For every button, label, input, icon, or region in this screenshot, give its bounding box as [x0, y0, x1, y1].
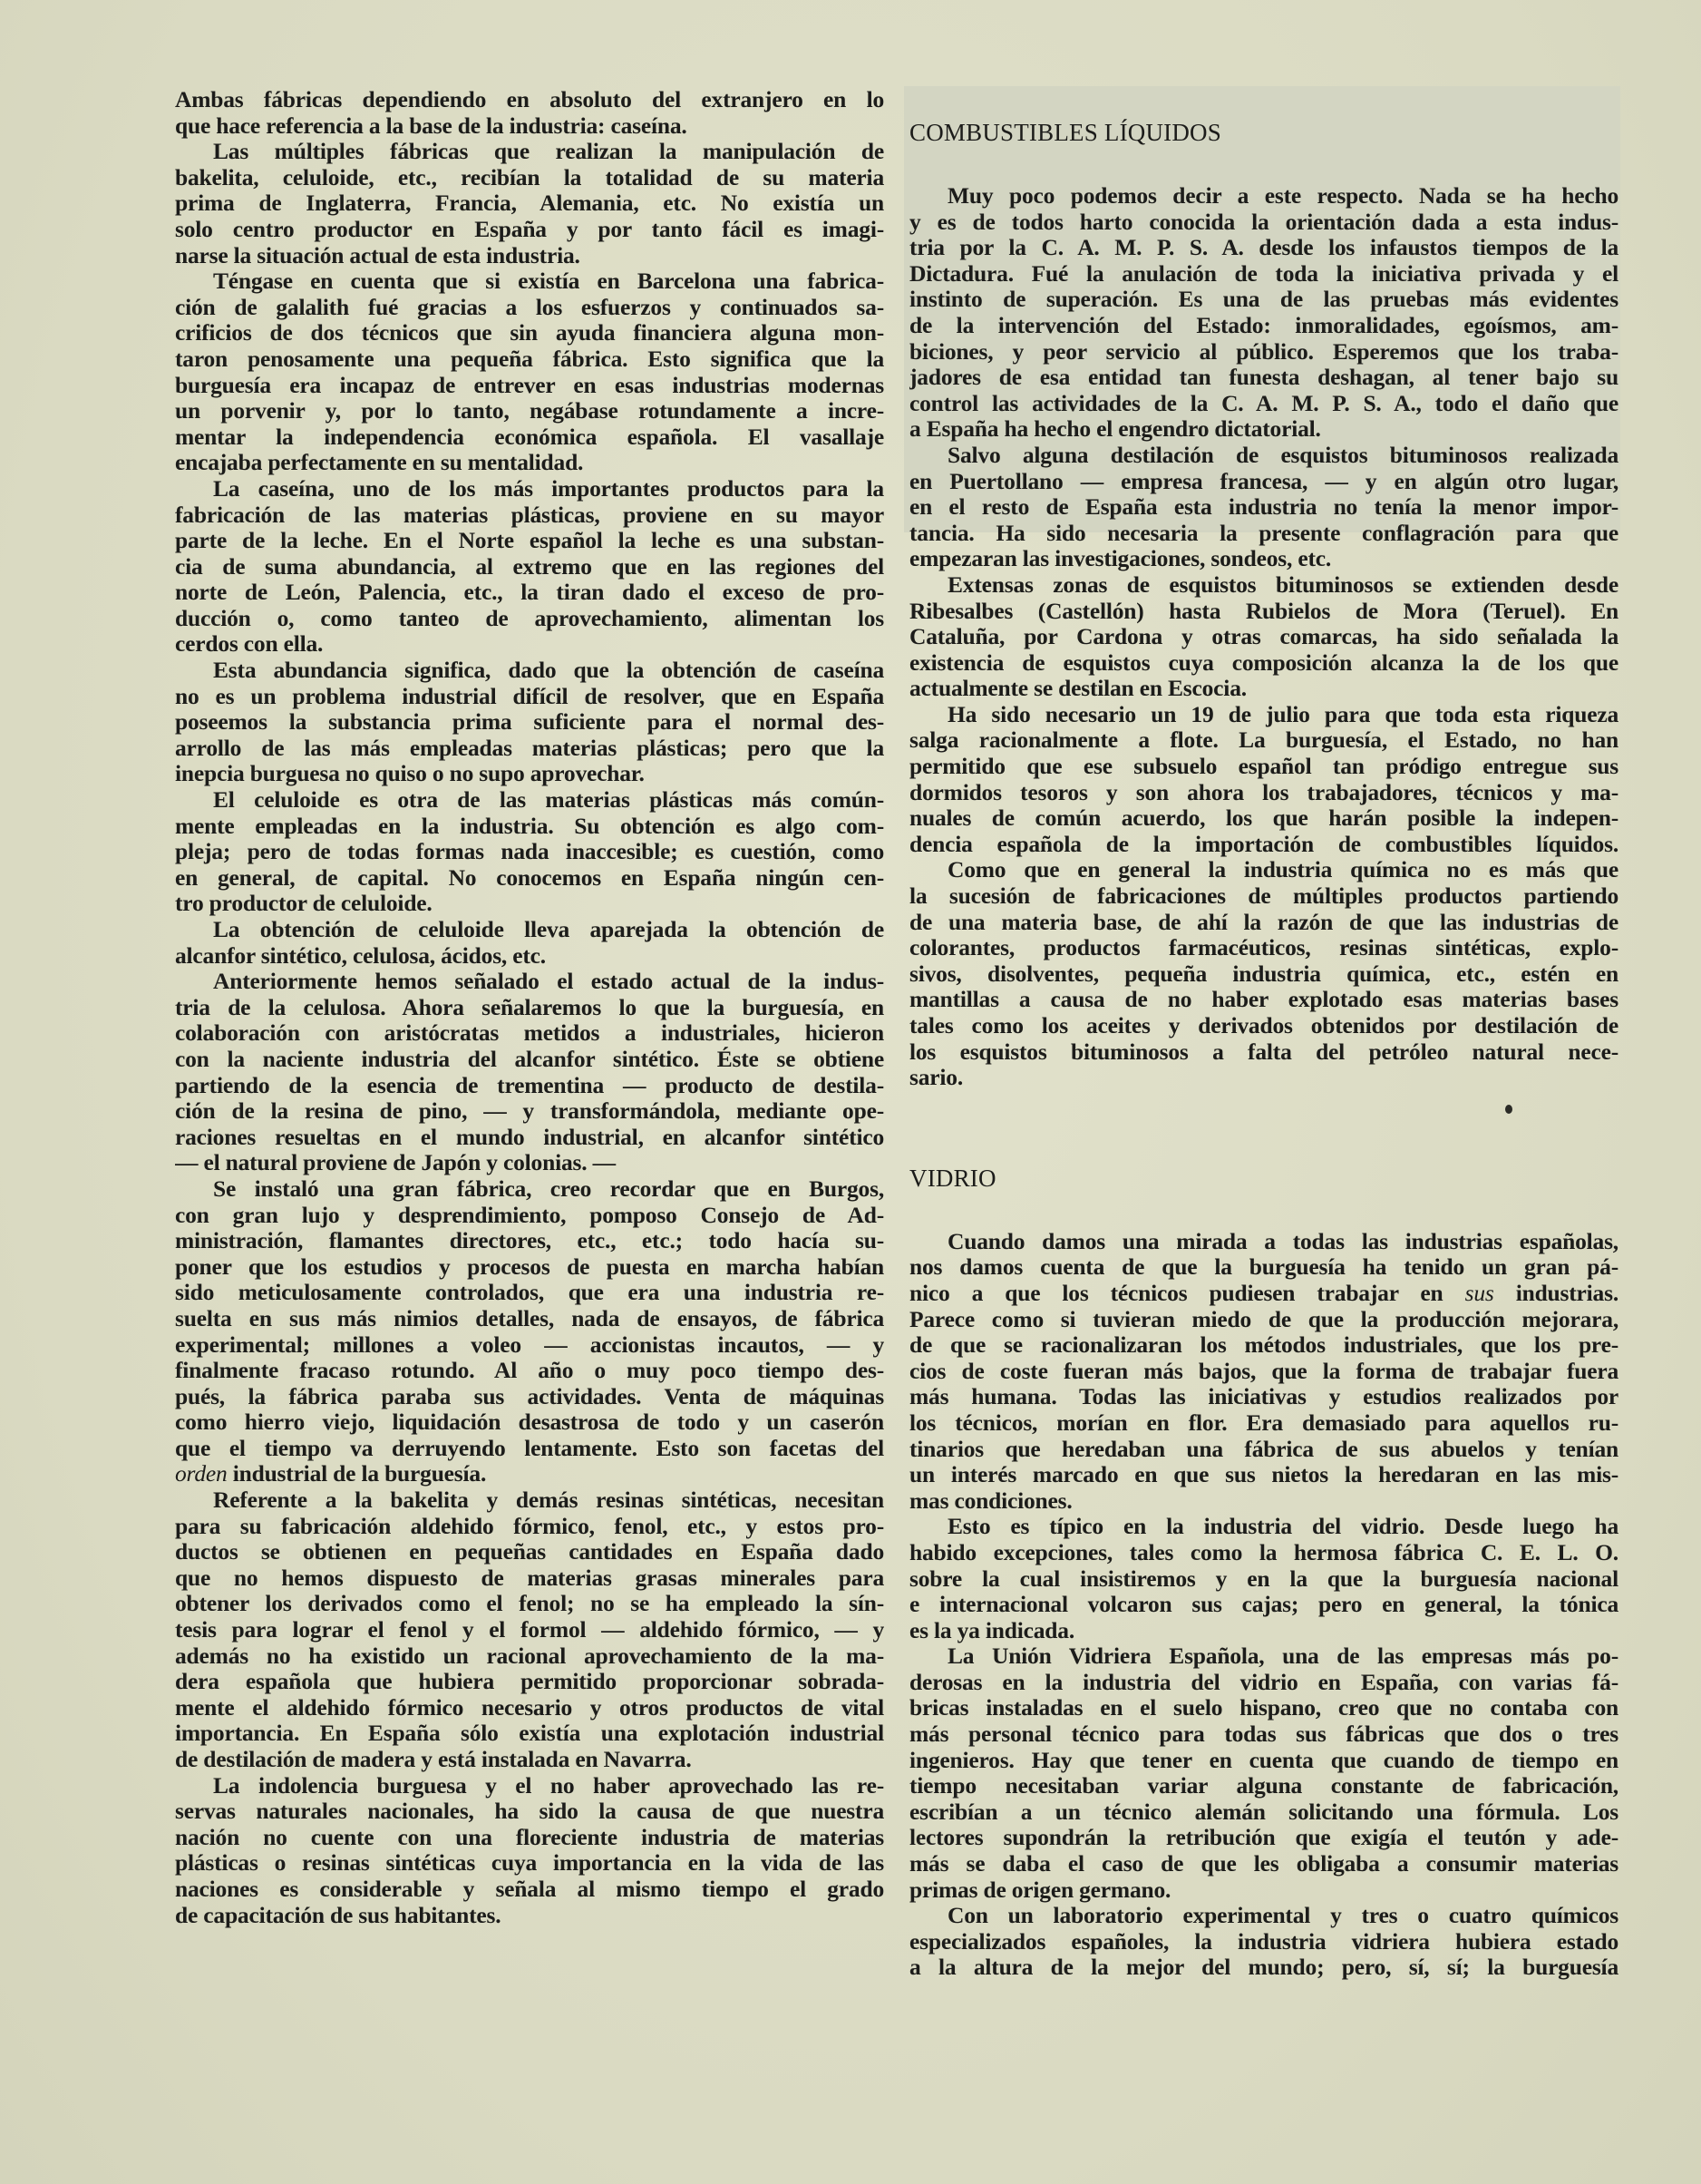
- text-line: de una materia base, de ahí la razón de …: [909, 910, 1618, 936]
- text-line: nación no cuente con una floreciente ind…: [175, 1825, 884, 1851]
- text-line: en Puertollano — empresa francesa, — y e…: [909, 469, 1618, 495]
- text-line: sivos, disolventes, pequeña industria qu…: [909, 961, 1618, 988]
- text-line: permitido que ese subsuelo español tan p…: [909, 754, 1618, 780]
- text-line: ción de galalith fué gracias a los esfue…: [175, 295, 884, 321]
- text-line: bakelita, celuloide, etc., recibían la t…: [175, 165, 884, 191]
- text-line: sario.: [909, 1065, 1618, 1091]
- text-line: tria de la celulosa. Ahora señalaremos l…: [175, 995, 884, 1021]
- text-line: además no ha existido un racional aprove…: [175, 1643, 884, 1670]
- text-line: jadores de esa entidad tan funesta desha…: [909, 365, 1618, 391]
- text-line: tesis para lograr el fenol y el formol —…: [175, 1617, 884, 1643]
- text-line: Ribesalbes (Castellón) hasta Rubielos de…: [909, 599, 1618, 625]
- text-line: e internacional volcaron sus cajas; pero…: [909, 1592, 1618, 1618]
- text-line: solo centro productor en España y por ta…: [175, 217, 884, 243]
- text-line: La Unión Vidriera Española, una de las e…: [909, 1643, 1618, 1670]
- text-line: mas condiciones.: [909, 1488, 1618, 1515]
- text-line: sobre la cual insistiremos y en la que l…: [909, 1566, 1618, 1593]
- text-line: suelta en sus más nimios detalles, nada …: [175, 1306, 884, 1332]
- text-line: Referente a la bakelita y demás resinas …: [175, 1487, 884, 1514]
- text-line: a España ha hecho el engendro dictatoria…: [909, 416, 1618, 443]
- text-line: biciones, y peor servicio al público. Es…: [909, 339, 1618, 366]
- text-line: plásticas o resinas sintéticas cuya impo…: [175, 1850, 884, 1877]
- text-line: Téngase en cuenta que si existía en Barc…: [175, 268, 884, 295]
- text-line: y es de todos harto conocida la orientac…: [909, 210, 1618, 236]
- text-line: que el tiempo va derruyendo lentamente. …: [175, 1436, 884, 1462]
- text-line: Como que en general la industria química…: [909, 857, 1618, 883]
- text-line: norte de León, Palencia, etc., la tiran …: [175, 580, 884, 606]
- text-line: de la intervención del Estado: inmoralid…: [909, 313, 1618, 339]
- text-line: especializados españoles, la industria v…: [909, 1929, 1618, 1955]
- text-line: Dictadura. Fué la anulación de toda la i…: [909, 261, 1618, 288]
- text-line: Con un laboratorio experimental y tres o…: [909, 1903, 1618, 1929]
- text-line: Se instaló una gran fábrica, creo record…: [175, 1176, 884, 1203]
- text-line: instinto de superación. Es una de las pr…: [909, 287, 1618, 313]
- text-line: es la ya indicada.: [909, 1618, 1618, 1644]
- section-body-vidrio: Cuando damos una mirada a todas las indu…: [909, 1229, 1618, 1981]
- section-heading-combustibles: COMBUSTIBLES LÍQUIDOS: [909, 118, 1618, 147]
- text-line: control las actividades de la C. A. M. P…: [909, 391, 1618, 417]
- text-line: actualmente se destilan en Escocia.: [909, 676, 1618, 702]
- text-line: con gran lujo y desprendimiento, pomposo…: [175, 1203, 884, 1229]
- text-line: ducción o, como tanteo de aprovechamient…: [175, 606, 884, 632]
- text-line: tiempo necesitaban variar alguna constan…: [909, 1773, 1618, 1799]
- text-line: un interés marcado en que sus nietos la …: [909, 1462, 1618, 1488]
- text-line: no es un problema industrial difícil de …: [175, 684, 884, 710]
- text-line: los técnicos, morían en flor. Era demasi…: [909, 1410, 1618, 1437]
- text-line: La obtención de celuloide lleva aparejad…: [175, 917, 884, 943]
- text-line: que hace referencia a la base de la indu…: [175, 113, 884, 140]
- text-line: tales como los aceites y derivados obten…: [909, 1013, 1618, 1039]
- text-line: habido excepciones, tales como la hermos…: [909, 1540, 1618, 1566]
- text-line: la sucesión de fabricaciones de múltiple…: [909, 883, 1618, 910]
- text-line: Cataluña, por Cardona y otras comarcas, …: [909, 624, 1618, 650]
- text-line: salga racionalmente a flote. La burguesí…: [909, 727, 1618, 754]
- text-line: Muy poco podemos decir a este respecto. …: [909, 183, 1618, 210]
- text-line: tro productor de celuloide.: [175, 891, 884, 917]
- text-line: con la naciente industria del alcanfor s…: [175, 1047, 884, 1073]
- text-line: bricas instaladas en el suelo hispano, c…: [909, 1695, 1618, 1721]
- text-line: experimental; millones a voleo — accioni…: [175, 1332, 884, 1359]
- text-line: para su fabricación aldehido fórmico, fe…: [175, 1514, 884, 1540]
- text-line: prima de Inglaterra, Francia, Alemania, …: [175, 190, 884, 217]
- text-line: más humana. Todas las iniciativas y estu…: [909, 1384, 1618, 1410]
- text-line: nico a que los técnicos pudiesen trabaja…: [909, 1281, 1618, 1307]
- text-line: los esquistos bituminosos a falta del pe…: [909, 1039, 1618, 1066]
- text-line: poseemos la substancia prima suficiente …: [175, 709, 884, 736]
- text-line: tancia. Ha sido necesaria la presente co…: [909, 521, 1618, 547]
- document-page: Ambas fábricas dependiendo en absoluto d…: [0, 0, 1701, 2184]
- text-line: mente el aldehido fórmico necesario y ot…: [175, 1695, 884, 1721]
- text-line: nuales de común acuerdo, los que harán p…: [909, 805, 1618, 832]
- text-line: Cuando damos una mirada a todas las indu…: [909, 1229, 1618, 1255]
- text-line: en general, de capital. No conocemos en …: [175, 865, 884, 892]
- text-line: un porvenir y, por lo tanto, negábase ro…: [175, 398, 884, 424]
- text-line: orden industrial de la burguesía.: [175, 1461, 884, 1487]
- text-line: pleja; pero de todas formas nada inacces…: [175, 839, 884, 865]
- text-line: alcanfor sintético, celulosa, ácidos, et…: [175, 943, 884, 970]
- text-line: Esta abundancia significa, dado que la o…: [175, 658, 884, 684]
- text-line: servas naturales nacionales, ha sido la …: [175, 1799, 884, 1825]
- right-column: COMBUSTIBLES LÍQUIDOS Muy poco podemos d…: [909, 118, 1618, 1981]
- text-line: nos damos cuenta de que la burguesía ha …: [909, 1254, 1618, 1281]
- text-line: tinarios que heredaban una fábrica de su…: [909, 1437, 1618, 1463]
- text-line: en el resto de España esta industria no …: [909, 494, 1618, 521]
- text-line: pués, la fábrica paraba sus actividades.…: [175, 1384, 884, 1410]
- text-line: Salvo alguna destilación de esquistos bi…: [909, 443, 1618, 469]
- text-line: naciones es considerable y señala al mis…: [175, 1877, 884, 1903]
- text-line: lectores supondrán la retribución que ex…: [909, 1825, 1618, 1851]
- text-line: burguesía era incapaz de entrever en esa…: [175, 373, 884, 399]
- text-line: más se daba el caso de que les obligaba …: [909, 1851, 1618, 1877]
- text-line: Ha sido necesario un 19 de julio para qu…: [909, 702, 1618, 728]
- text-line: finalmente fracaso rotundo. Al año o muy…: [175, 1358, 884, 1384]
- text-line: a la altura de la mejor del mundo; pero,…: [909, 1955, 1618, 1981]
- text-line: arrollo de las más empleadas materias pl…: [175, 736, 884, 762]
- text-line: mente empleadas en la industria. Su obte…: [175, 814, 884, 840]
- text-line: escribían a un técnico alemán solicitand…: [909, 1799, 1618, 1826]
- text-line: Parece como si tuvieran miedo de que la …: [909, 1307, 1618, 1333]
- text-line: encajaba perfectamente en su mentalidad.: [175, 450, 884, 476]
- text-line: mentar la independencia económica españo…: [175, 424, 884, 451]
- text-line: ministración, flamantes directores, etc.…: [175, 1228, 884, 1254]
- text-line: dera española que hubiera permitido prop…: [175, 1669, 884, 1695]
- text-line: empezaran las investigaciones, sondeos, …: [909, 546, 1618, 572]
- text-line: inepcia burguesa no quiso o no supo apro…: [175, 761, 884, 787]
- text-line: derosas en la industria del vidrio en Es…: [909, 1670, 1618, 1696]
- left-column: Ambas fábricas dependiendo en absoluto d…: [175, 87, 884, 1928]
- text-line: dencia española de la importación de com…: [909, 832, 1618, 858]
- text-line: de destilación de madera y está instalad…: [175, 1747, 884, 1773]
- text-line: existencia de esquistos cuya composición…: [909, 650, 1618, 677]
- text-line: parte de la leche. En el Norte español l…: [175, 528, 884, 554]
- ink-spot: [1505, 1105, 1512, 1114]
- text-line: mantillas a causa de no haber explotado …: [909, 987, 1618, 1013]
- text-line: ingenieros. Hay que tener en cuenta que …: [909, 1748, 1618, 1774]
- text-line: que no hemos dispuesto de materias grasa…: [175, 1565, 884, 1592]
- text-line: La caseína, uno de los más importantes p…: [175, 476, 884, 502]
- text-line: dormidos tesoros y son ahora los trabaja…: [909, 780, 1618, 806]
- text-line: tria por la C. A. M. P. S. A. desde los …: [909, 235, 1618, 261]
- text-line: Esto es típico en la industria del vidri…: [909, 1514, 1618, 1540]
- text-line: colaboración con aristócratas metidos a …: [175, 1020, 884, 1047]
- text-line: ción de la resina de pino, — y transform…: [175, 1098, 884, 1125]
- text-line: crificios de dos técnicos que sin ayuda …: [175, 320, 884, 346]
- text-line: raciones resueltas en el mundo industria…: [175, 1125, 884, 1151]
- text-line: colorantes, productos farmacéuticos, res…: [909, 935, 1618, 961]
- text-line: importancia. En España sólo existía una …: [175, 1721, 884, 1747]
- text-line: taron penosamente una pequeña fábrica. E…: [175, 346, 884, 373]
- section-heading-vidrio: VIDRIO: [909, 1164, 1618, 1193]
- text-line: poner que los estudios y procesos de pue…: [175, 1254, 884, 1281]
- text-line: cia de suma abundancia, al extremo que e…: [175, 554, 884, 580]
- text-line: cios de coste fueran más bajos, que la f…: [909, 1359, 1618, 1385]
- text-line: cerdos con ella.: [175, 631, 884, 658]
- text-line: — el natural proviene de Japón y colonia…: [175, 1150, 884, 1176]
- text-line: más personal técnico para todas sus fábr…: [909, 1721, 1618, 1748]
- section-body-combustibles: Muy poco podemos decir a este respecto. …: [909, 183, 1618, 1091]
- text-line: de capacitación de sus habitantes.: [175, 1903, 884, 1929]
- text-line: primas de origen germano.: [909, 1877, 1618, 1904]
- text-line: partiendo de la esencia de trementina — …: [175, 1073, 884, 1099]
- text-line: Ambas fábricas dependiendo en absoluto d…: [175, 87, 884, 113]
- text-line: Extensas zonas de esquistos bituminosos …: [909, 572, 1618, 599]
- text-line: narse la situación actual de esta indust…: [175, 243, 884, 269]
- text-line: Anteriormente hemos señalado el estado a…: [175, 969, 884, 995]
- text-line: ductos se obtienen en pequeñas cantidade…: [175, 1539, 884, 1565]
- text-line: fabricación de las materias plásticas, p…: [175, 502, 884, 529]
- text-line: La indolencia burguesa y el no haber apr…: [175, 1773, 884, 1799]
- text-line: sido meticulosamente controlados, que er…: [175, 1280, 884, 1306]
- text-line: como hierro viejo, liquidación desastros…: [175, 1409, 884, 1436]
- text-line: Las múltiples fábricas que realizan la m…: [175, 139, 884, 165]
- text-line: El celuloide es otra de las materias plá…: [175, 787, 884, 814]
- text-line: de que se racionalizaran los métodos ind…: [909, 1332, 1618, 1359]
- text-line: obtener los derivados como el fenol; no …: [175, 1591, 884, 1617]
